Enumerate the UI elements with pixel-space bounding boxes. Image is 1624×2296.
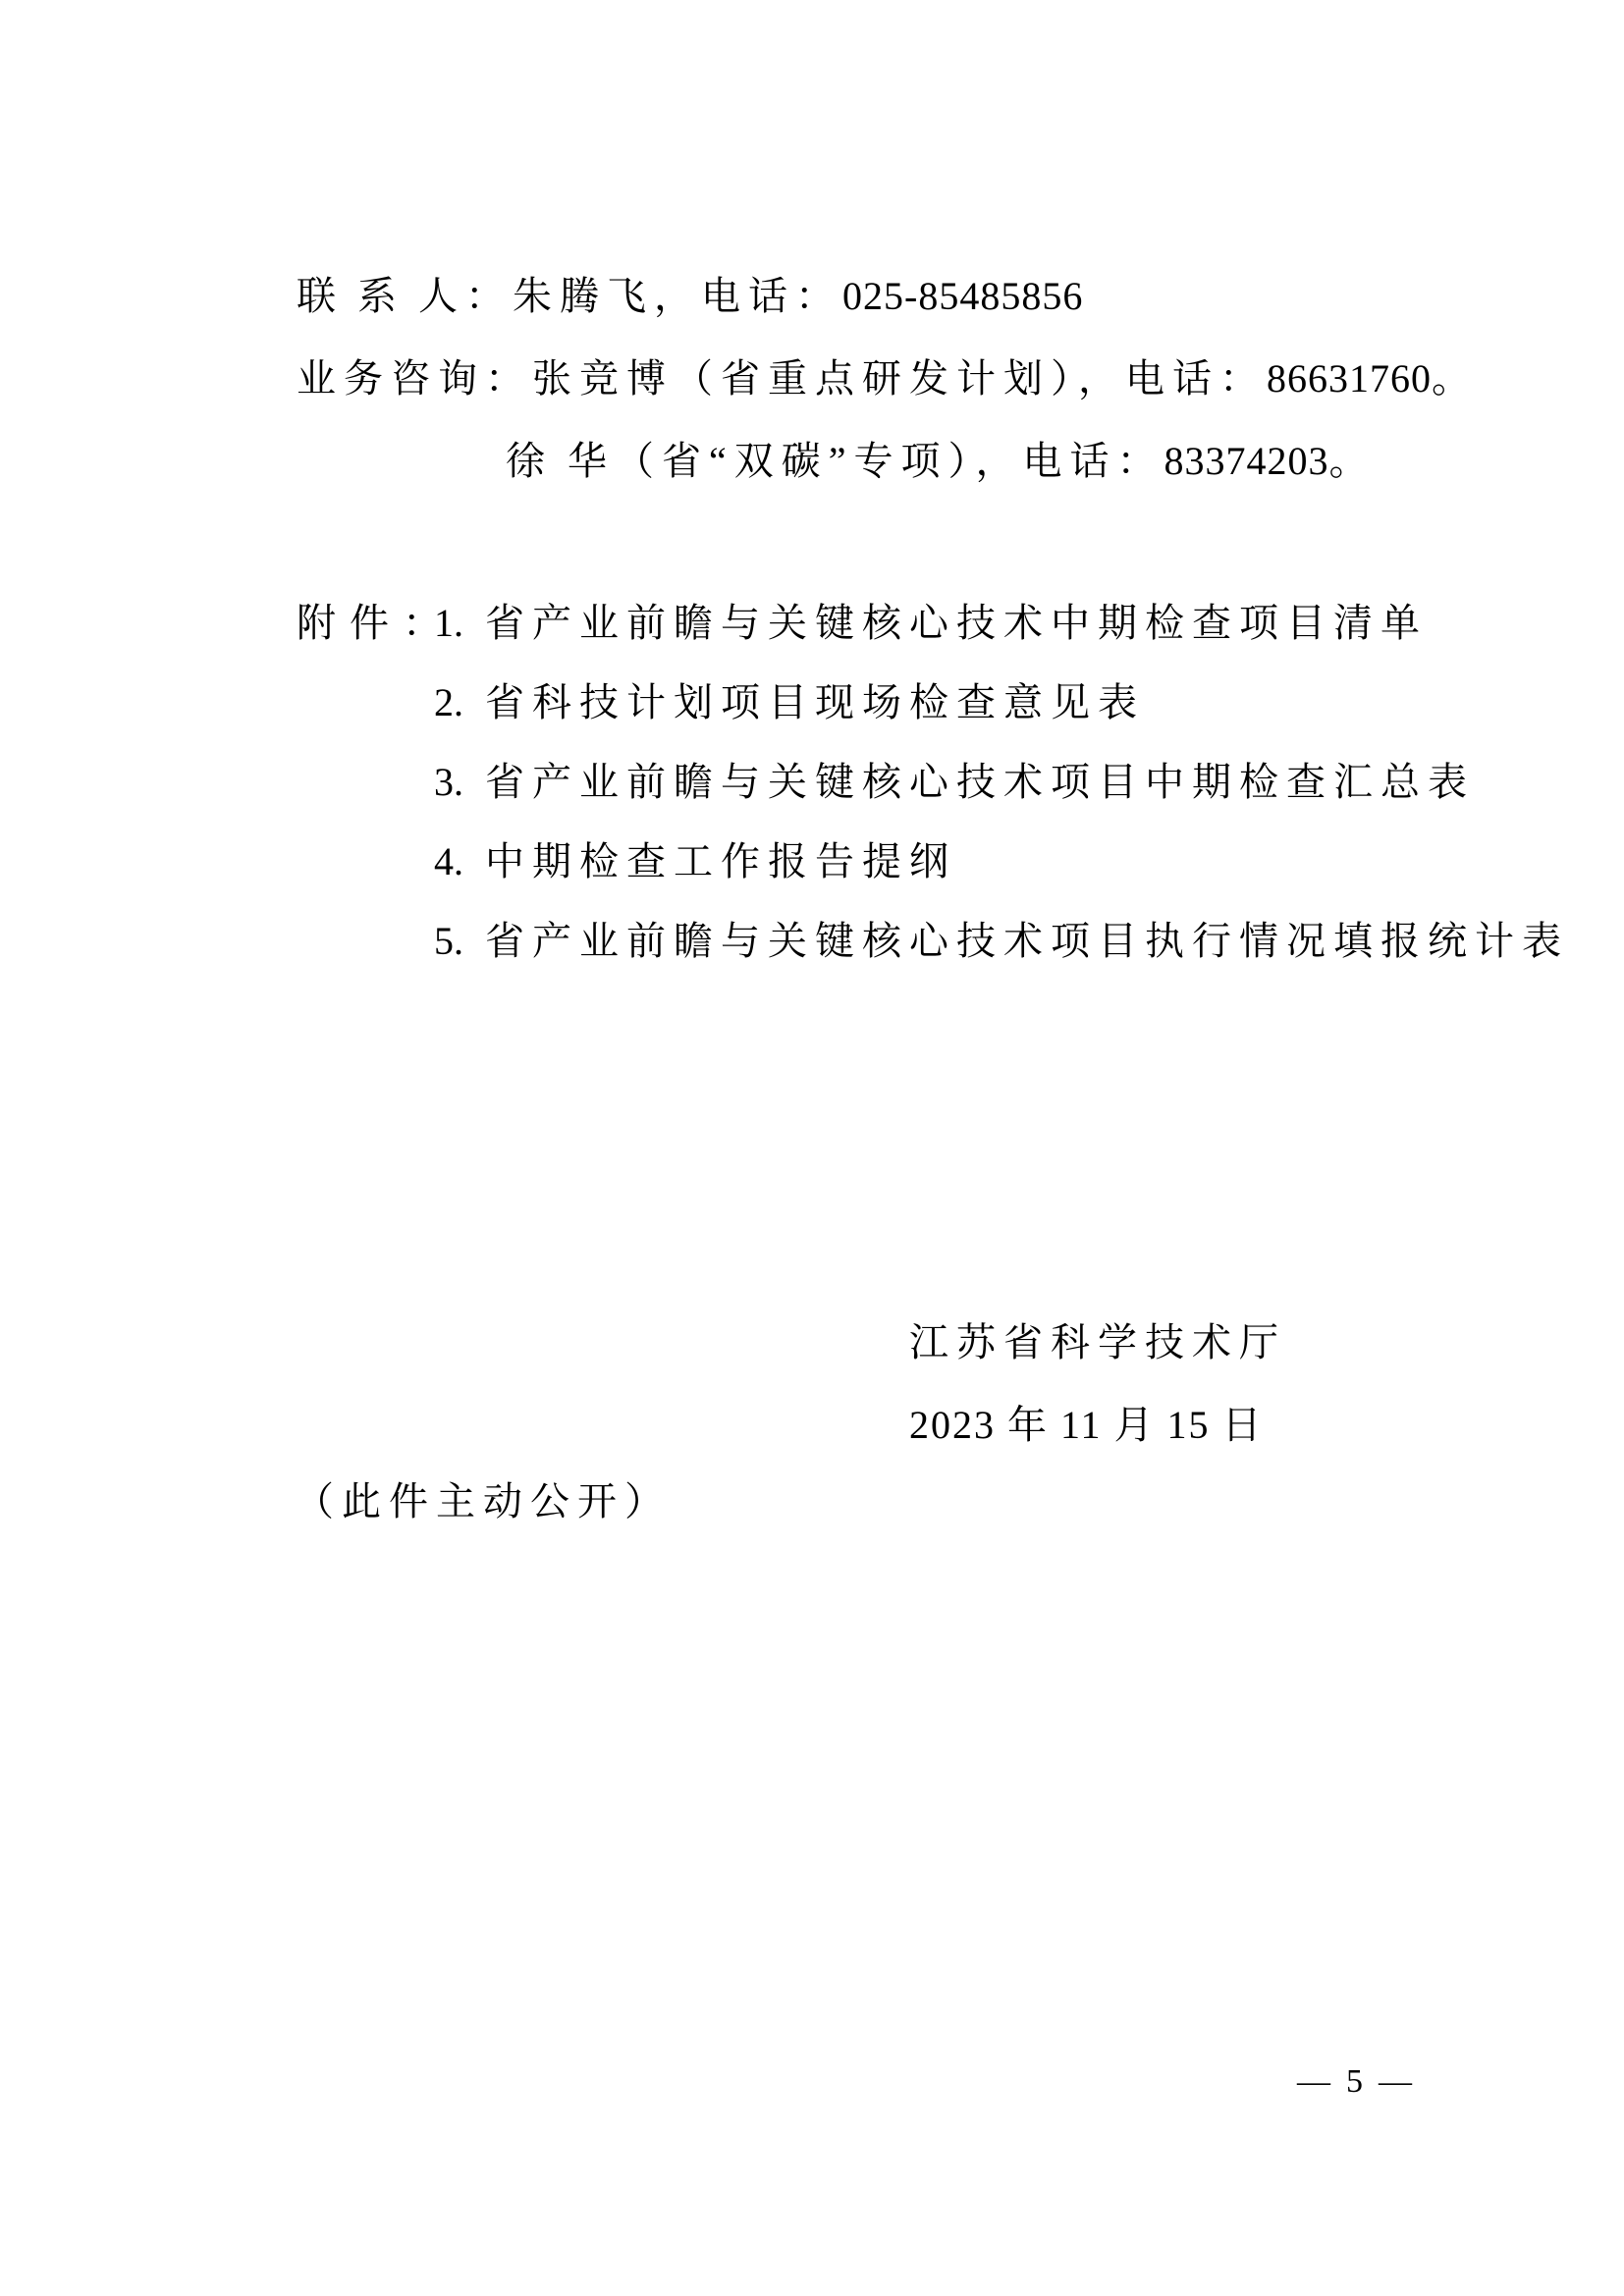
business-consult-text: 业务咨询：张竞博（省重点研发计划），电话： — [297, 356, 1267, 400]
document-page: 联系人：朱腾飞，电话：025-85485856 业务咨询：张竞博（省重点研发计划… — [0, 0, 1624, 2296]
attachments-block: 附件： 1.省产业前瞻与关键核心技术中期检查项目清单 2.省科技计划项目现场检查… — [297, 583, 1569, 981]
consultant-name-first: 徐 — [506, 439, 553, 483]
contact-line-1: 联系人：朱腾飞，电话：025-85485856 — [297, 255, 1479, 338]
attachment-item: 3.省产业前瞻与关键核心技术项目中期检查汇总表 — [434, 742, 1569, 822]
contact-person-text: ：朱腾飞，电话： — [465, 274, 842, 318]
attachment-title: 省产业前瞻与关键核心技术项目执行情况填报统计表 — [485, 919, 1569, 963]
attachment-title: 省科技计划项目现场检查意见表 — [485, 680, 1145, 724]
consultant-phone: 83374203 — [1164, 439, 1329, 483]
attachment-title: 省产业前瞻与关键核心技术中期检查项目清单 — [485, 601, 1428, 645]
attachment-item: 1.省产业前瞻与关键核心技术中期检查项目清单 — [434, 583, 1569, 663]
business-consult-period: 。 — [1432, 356, 1479, 400]
attachments-list: 1.省产业前瞻与关键核心技术中期检查项目清单 2.省科技计划项目现场检查意见表 … — [434, 583, 1569, 981]
consultant-period: 。 — [1329, 439, 1377, 483]
contact-line-3: 徐华（省“双碳”专项），电话：83374203。 — [297, 420, 1479, 503]
contact-person-label: 联系人 — [297, 274, 479, 318]
attachment-item: 2.省科技计划项目现场检查意见表 — [434, 663, 1569, 742]
contact-block: 联系人：朱腾飞，电话：025-85485856 业务咨询：张竞博（省重点研发计划… — [297, 255, 1479, 503]
footer-dash: — — [1297, 2063, 1330, 2101]
agency-name: 江苏省科学技术厅 — [909, 1302, 1286, 1384]
attachment-item: 4.中期检查工作报告提纲 — [434, 822, 1569, 901]
page-footer: — 5 — — [1297, 2063, 1412, 2101]
page-number: 5 — [1346, 2063, 1363, 2101]
attachment-number: 4. — [434, 822, 485, 901]
attachment-number: 5. — [434, 901, 485, 981]
attachment-number: 2. — [434, 663, 485, 742]
attachment-title: 中期检查工作报告提纲 — [485, 839, 956, 883]
footer-dash: — — [1379, 2063, 1412, 2101]
signature-date: 2023 年 11 月 15 日 — [909, 1384, 1286, 1467]
attachment-title: 省产业前瞻与关键核心技术项目中期检查汇总表 — [485, 760, 1475, 804]
business-consult-phone: 86631760 — [1267, 356, 1432, 400]
consultant-text: （省“双碳”专项），电话： — [615, 439, 1164, 483]
attachment-number: 3. — [434, 742, 485, 822]
attachments-label: 附件： — [297, 583, 456, 663]
disclosure-note: （此件主动公开） — [295, 1461, 672, 1543]
contact-line-2: 业务咨询：张竞博（省重点研发计划），电话：86631760。 — [297, 338, 1479, 420]
consultant-name-second: 华 — [568, 439, 615, 483]
attachment-item: 5.省产业前瞻与关键核心技术项目执行情况填报统计表 — [434, 901, 1569, 981]
contact-person-phone: 025-85485856 — [842, 274, 1083, 318]
signature-block: 江苏省科学技术厅 2023 年 11 月 15 日 — [909, 1302, 1286, 1467]
